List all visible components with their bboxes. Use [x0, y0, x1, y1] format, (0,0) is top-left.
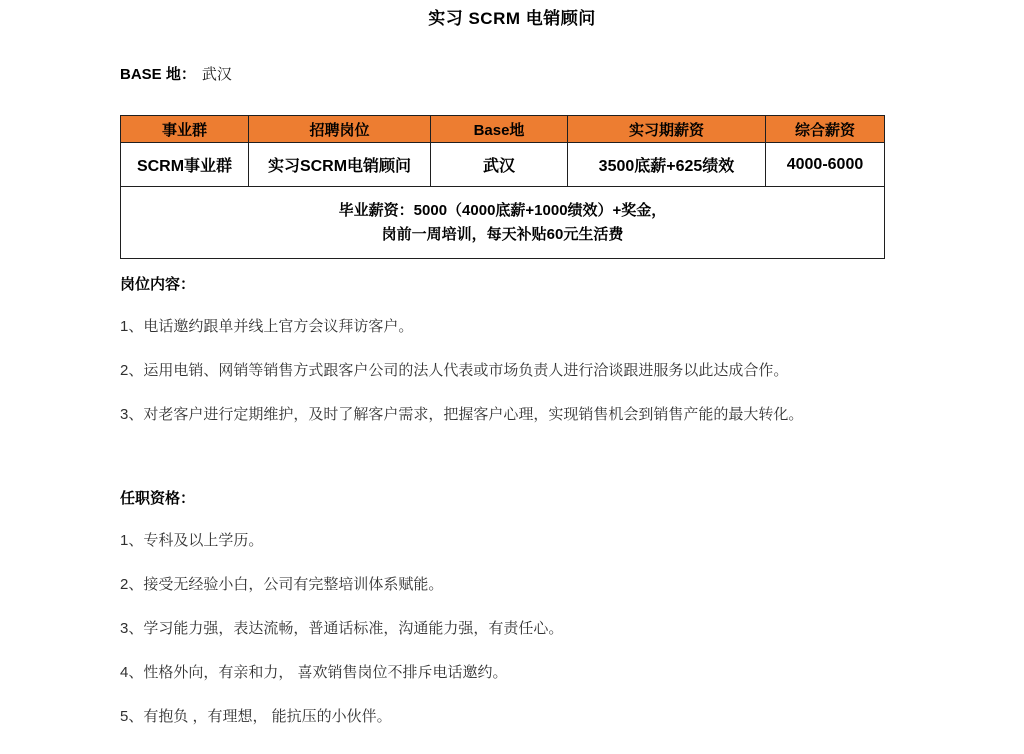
page-title: 实习 SCRM 电销顾问 — [0, 4, 1024, 29]
table-row: SCRM事业群 实习SCRM电销顾问 武汉 3500底薪+625绩效 4000-… — [121, 143, 885, 187]
table-merged-row: 毕业薪资：5000（4000底薪+1000绩效）+奖金， 岗前一周培训，每天补贴… — [121, 187, 885, 259]
cell-position: 实习SCRM电销顾问 — [249, 143, 431, 187]
graduate-salary-line1: 毕业薪资：5000（4000底薪+1000绩效）+奖金， — [121, 199, 884, 223]
header-cell-base: Base地 — [431, 116, 568, 143]
cell-intern-salary: 3500底薪+625绩效 — [568, 143, 766, 187]
job-content-item: 3、对老客户进行定期维护，及时了解客户需求，把握客户心理，实现销售机会到销售产能… — [120, 404, 950, 425]
qualification-item: 2、接受无经验小白，公司有完整培训体系赋能。 — [120, 574, 950, 595]
document-body: 岗位内容： 1、电话邀约跟单并线上官方会议拜访客户。 2、运用电销、网销等销售方… — [120, 274, 950, 750]
cell-business-group: SCRM事业群 — [121, 143, 249, 187]
job-content-item: 2、运用电销、网销等销售方式跟客户公司的法人代表或市场负责人进行洽谈跟进服务以此… — [120, 360, 950, 381]
salary-table: 事业群 招聘岗位 Base地 实习期薪资 综合薪资 SCRM事业群 实习SCRM… — [120, 115, 885, 259]
cell-graduate-salary-note: 毕业薪资：5000（4000底薪+1000绩效）+奖金， 岗前一周培训，每天补贴… — [121, 187, 885, 259]
base-location-line: BASE 地：武汉 — [120, 63, 232, 84]
section-heading-job-content: 岗位内容： — [120, 274, 950, 295]
header-cell-total-salary: 综合薪资 — [766, 116, 885, 143]
cell-base: 武汉 — [431, 143, 568, 187]
header-cell-position: 招聘岗位 — [249, 116, 431, 143]
section-qualifications: 任职资格： 1、专科及以上学历。 2、接受无经验小白，公司有完整培训体系赋能。 … — [120, 488, 950, 727]
header-cell-business-group: 事业群 — [121, 116, 249, 143]
qualification-item: 3、学习能力强，表达流畅，普通话标准，沟通能力强，有责任心。 — [120, 618, 950, 639]
qualification-item: 5、有抱负 ，有理想， 能抗压的小伙伴。 — [120, 706, 950, 727]
base-location-value: 武汉 — [202, 66, 232, 83]
job-content-item: 1、电话邀约跟单并线上官方会议拜访客户。 — [120, 316, 950, 337]
section-job-content: 岗位内容： 1、电话邀约跟单并线上官方会议拜访客户。 2、运用电销、网销等销售方… — [120, 274, 950, 425]
qualification-item: 4、性格外向，有亲和力， 喜欢销售岗位不排斥电话邀约。 — [120, 662, 950, 683]
qualification-item: 1、专科及以上学历。 — [120, 530, 950, 551]
cell-total-salary: 4000-6000 — [766, 143, 885, 187]
section-heading-qualifications: 任职资格： — [120, 488, 950, 509]
graduate-salary-line2: 岗前一周培训，每天补贴60元生活费 — [121, 223, 884, 247]
base-location-label: BASE 地： — [120, 66, 196, 83]
table-header-row: 事业群 招聘岗位 Base地 实习期薪资 综合薪资 — [121, 116, 885, 143]
header-cell-intern-salary: 实习期薪资 — [568, 116, 766, 143]
job-description-document: 实习 SCRM 电销顾问 BASE 地：武汉 事业群 招聘岗位 Base地 实习… — [0, 0, 1024, 754]
